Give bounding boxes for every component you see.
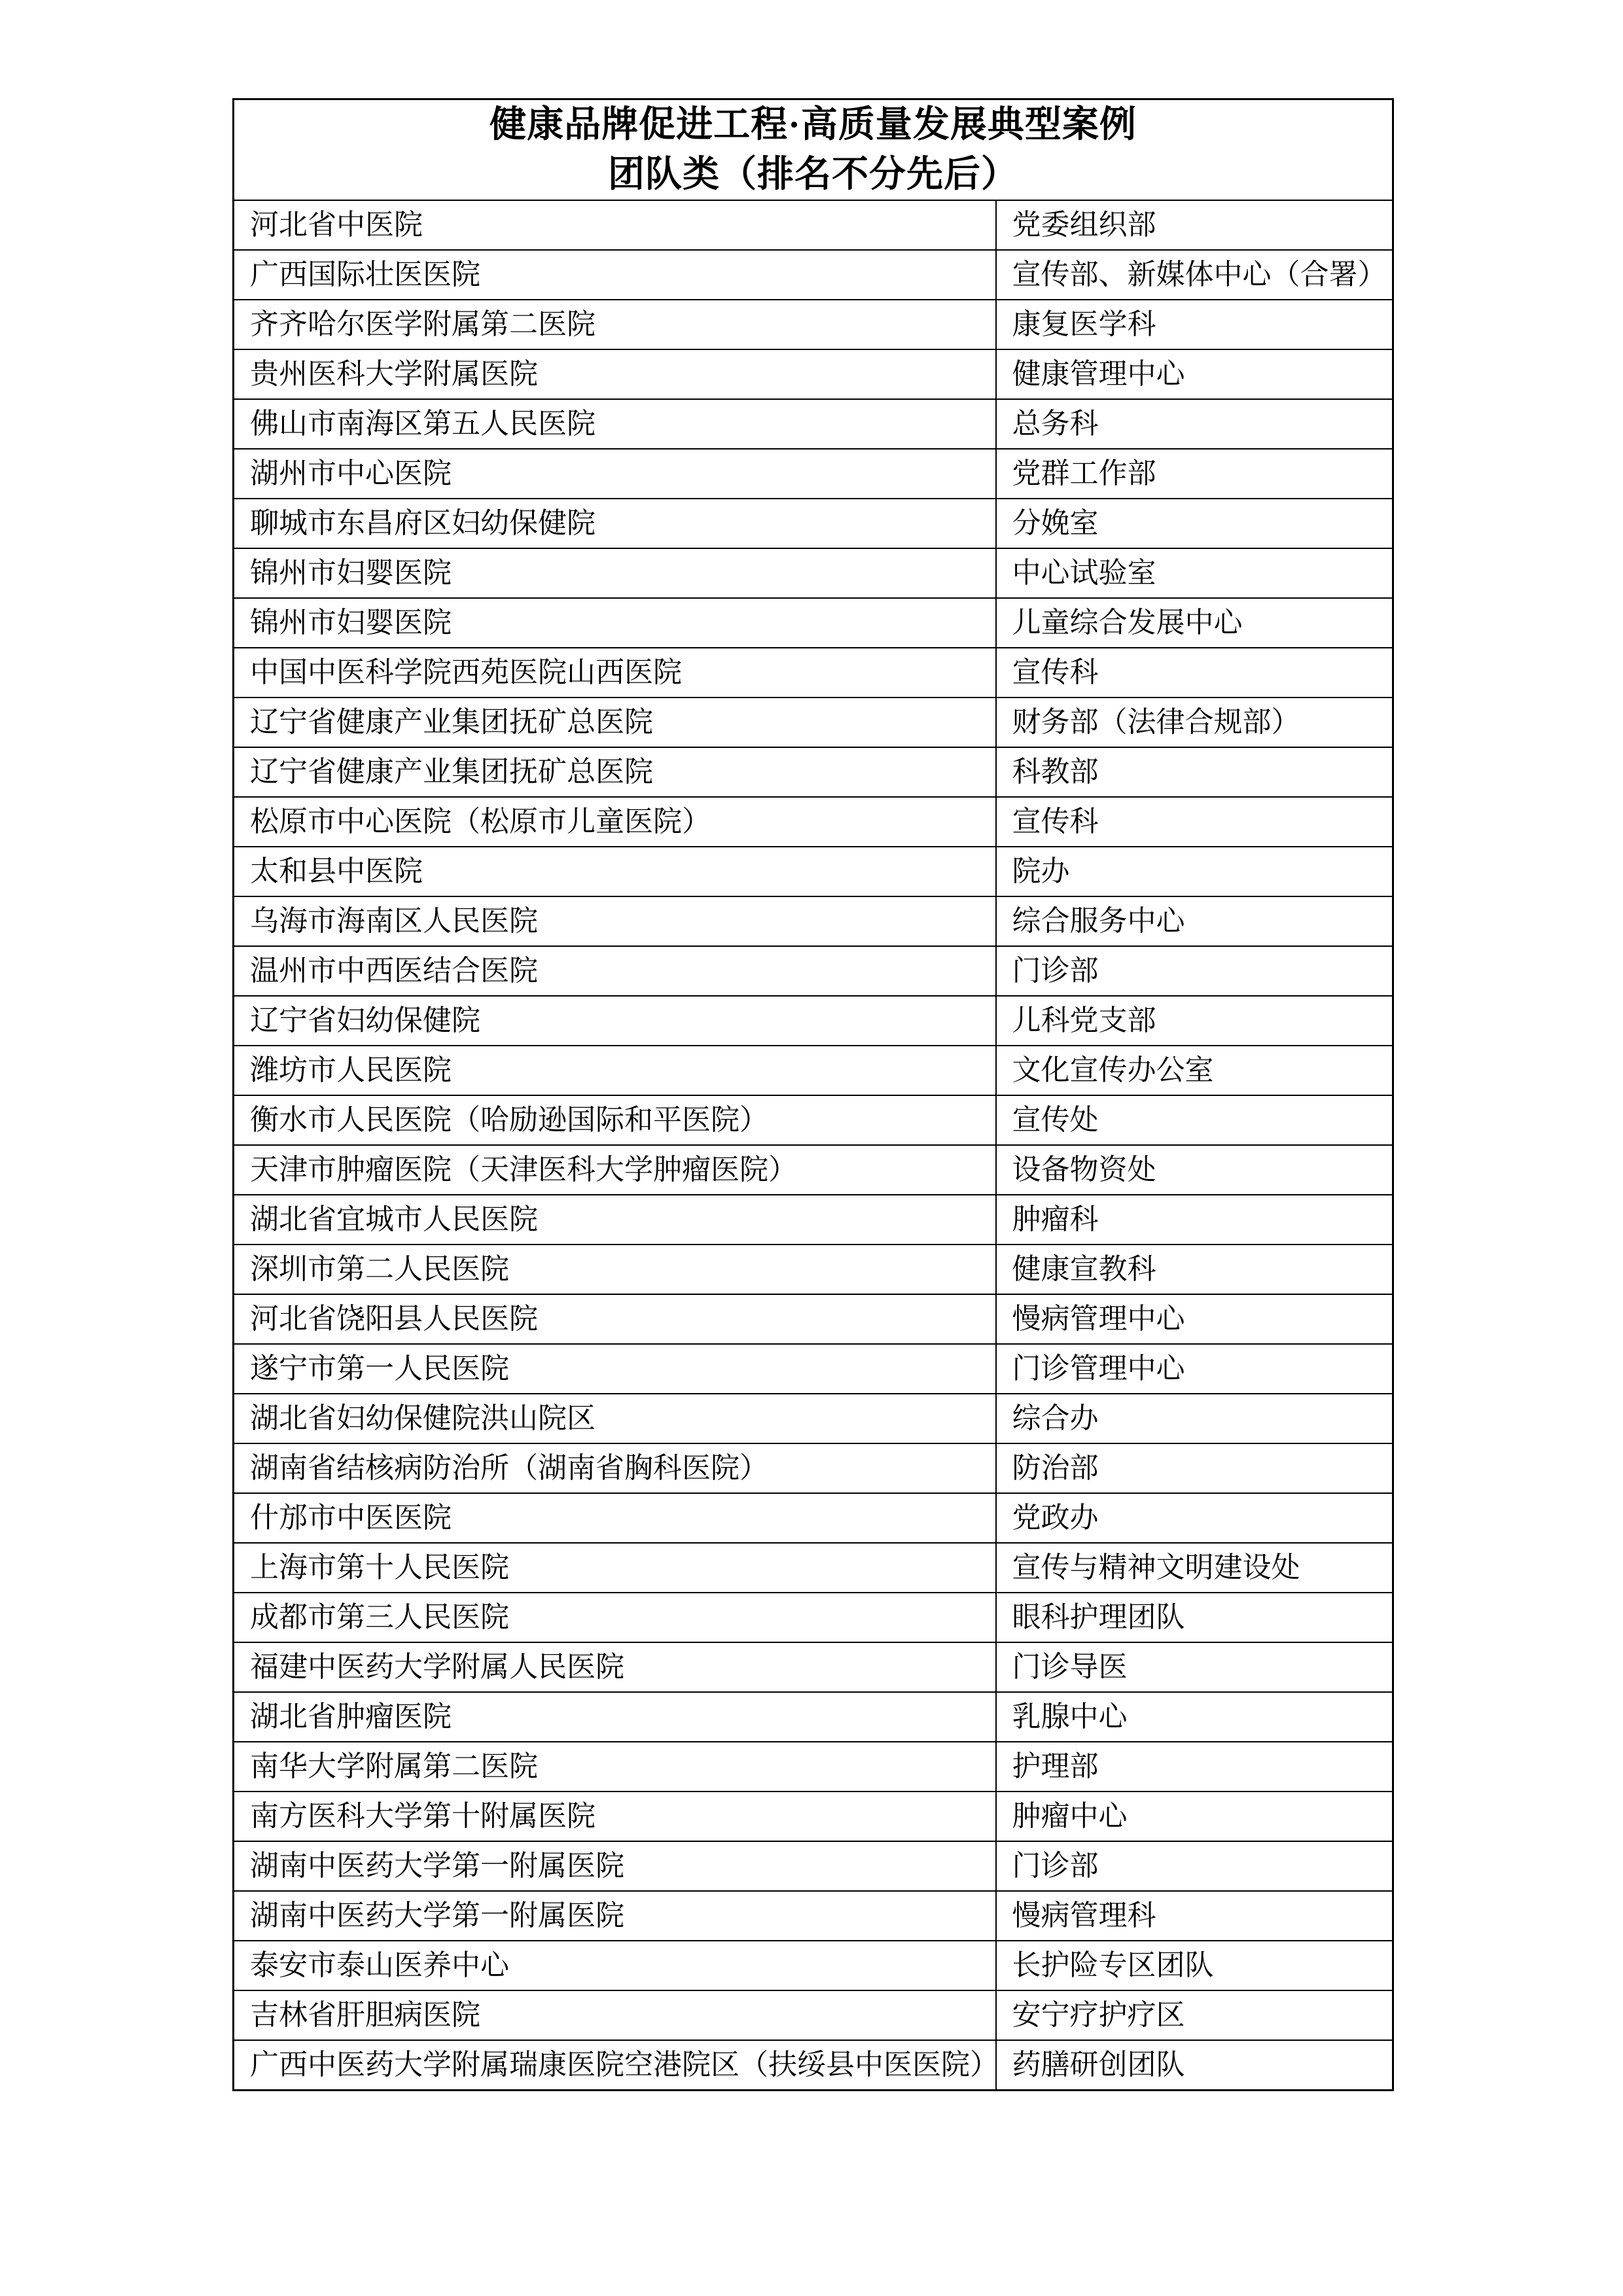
dept-cell: 科教部 bbox=[996, 747, 1393, 797]
dept-cell: 肿瘤科 bbox=[996, 1195, 1393, 1245]
org-cell: 辽宁省健康产业集团抚矿总医院 bbox=[234, 698, 996, 747]
table-title-line1: 健康品牌促进工程·高质量发展典型案例 bbox=[234, 100, 1392, 150]
table-row: 衡水市人民医院（哈励逊国际和平医院） 宣传处 bbox=[234, 1095, 1393, 1145]
org-cell: 湖州市中心医院 bbox=[234, 449, 996, 499]
dept-cell: 安宁疗护疗区 bbox=[996, 1990, 1393, 2040]
dept-cell: 药膳研创团队 bbox=[996, 2040, 1393, 2091]
table-row: 河北省饶阳县人民医院 慢病管理中心 bbox=[234, 1294, 1393, 1344]
table-row: 深圳市第二人民医院 健康宣教科 bbox=[234, 1245, 1393, 1294]
dept-cell: 宣传与精神文明建设处 bbox=[996, 1543, 1393, 1593]
dept-cell: 眼科护理团队 bbox=[996, 1593, 1393, 1642]
org-cell: 福建中医药大学附属人民医院 bbox=[234, 1642, 996, 1692]
org-cell: 温州市中西医结合医院 bbox=[234, 946, 996, 996]
org-cell: 潍坊市人民医院 bbox=[234, 1046, 996, 1095]
table-row: 湖北省肿瘤医院 乳腺中心 bbox=[234, 1692, 1393, 1742]
table-row: 潍坊市人民医院 文化宣传办公室 bbox=[234, 1046, 1393, 1095]
table-row: 湖南省结核病防治所（湖南省胸科医院） 防治部 bbox=[234, 1443, 1393, 1493]
dept-cell: 防治部 bbox=[996, 1443, 1393, 1493]
dept-cell: 慢病管理中心 bbox=[996, 1294, 1393, 1344]
table-row: 成都市第三人民医院 眼科护理团队 bbox=[234, 1593, 1393, 1642]
dept-cell: 宣传科 bbox=[996, 648, 1393, 698]
org-cell: 锦州市妇婴医院 bbox=[234, 548, 996, 598]
org-cell: 太和县中医院 bbox=[234, 847, 996, 896]
table-row: 南华大学附属第二医院 护理部 bbox=[234, 1742, 1393, 1792]
dept-cell: 财务部（法律合规部） bbox=[996, 698, 1393, 747]
table-row: 辽宁省妇幼保健院 儿科党支部 bbox=[234, 996, 1393, 1046]
org-cell: 佛山市南海区第五人民医院 bbox=[234, 399, 996, 449]
table-title-cell: 健康品牌促进工程·高质量发展典型案例 团队类（排名不分先后） bbox=[234, 99, 1393, 201]
dept-cell: 乳腺中心 bbox=[996, 1692, 1393, 1742]
dept-cell: 宣传处 bbox=[996, 1095, 1393, 1145]
org-cell: 深圳市第二人民医院 bbox=[234, 1245, 996, 1294]
org-cell: 成都市第三人民医院 bbox=[234, 1593, 996, 1642]
org-cell: 南华大学附属第二医院 bbox=[234, 1742, 996, 1792]
dept-cell: 中心试验室 bbox=[996, 548, 1393, 598]
table-row: 南方医科大学第十附属医院 肿瘤中心 bbox=[234, 1792, 1393, 1841]
org-cell: 乌海市海南区人民医院 bbox=[234, 896, 996, 946]
table-row: 佛山市南海区第五人民医院 总务科 bbox=[234, 399, 1393, 449]
table-row: 锦州市妇婴医院 中心试验室 bbox=[234, 548, 1393, 598]
org-cell: 齐齐哈尔医学附属第二医院 bbox=[234, 300, 996, 349]
table-row: 湖州市中心医院 党群工作部 bbox=[234, 449, 1393, 499]
org-cell: 天津市肿瘤医院（天津医科大学肿瘤医院） bbox=[234, 1145, 996, 1195]
org-cell: 湖北省宜城市人民医院 bbox=[234, 1195, 996, 1245]
table-row: 聊城市东昌府区妇幼保健院 分娩室 bbox=[234, 499, 1393, 548]
dept-cell: 院办 bbox=[996, 847, 1393, 896]
table-row: 太和县中医院 院办 bbox=[234, 847, 1393, 896]
award-table: 健康品牌促进工程·高质量发展典型案例 团队类（排名不分先后） 河北省中医院 党委… bbox=[232, 98, 1394, 2091]
org-cell: 锦州市妇婴医院 bbox=[234, 598, 996, 648]
dept-cell: 门诊管理中心 bbox=[996, 1344, 1393, 1394]
dept-cell: 党委组织部 bbox=[996, 200, 1393, 250]
table-row: 上海市第十人民医院 宣传与精神文明建设处 bbox=[234, 1543, 1393, 1593]
dept-cell: 门诊部 bbox=[996, 1841, 1393, 1891]
table-title-line2: 团队类（排名不分先后） bbox=[234, 150, 1392, 200]
org-cell: 河北省饶阳县人民医院 bbox=[234, 1294, 996, 1344]
table-row: 湖北省宜城市人民医院 肿瘤科 bbox=[234, 1195, 1393, 1245]
org-cell: 湖北省妇幼保健院洪山院区 bbox=[234, 1394, 996, 1443]
table-row: 广西中医药大学附属瑞康医院空港院区（扶绥县中医医院） 药膳研创团队 bbox=[234, 2040, 1393, 2091]
org-cell: 湖南中医药大学第一附属医院 bbox=[234, 1891, 996, 1941]
table-row: 齐齐哈尔医学附属第二医院 康复医学科 bbox=[234, 300, 1393, 349]
org-cell: 湖南中医药大学第一附属医院 bbox=[234, 1841, 996, 1891]
dept-cell: 宣传部、新媒体中心（合署） bbox=[996, 250, 1393, 300]
dept-cell: 总务科 bbox=[996, 399, 1393, 449]
table-row: 湖北省妇幼保健院洪山院区 综合办 bbox=[234, 1394, 1393, 1443]
table-row: 松原市中心医院（松原市儿童医院） 宣传科 bbox=[234, 797, 1393, 847]
table-row: 贵州医科大学附属医院 健康管理中心 bbox=[234, 349, 1393, 399]
table-row: 乌海市海南区人民医院 综合服务中心 bbox=[234, 896, 1393, 946]
dept-cell: 儿童综合发展中心 bbox=[996, 598, 1393, 648]
dept-cell: 党群工作部 bbox=[996, 449, 1393, 499]
dept-cell: 康复医学科 bbox=[996, 300, 1393, 349]
table-row: 泰安市泰山医养中心 长护险专区团队 bbox=[234, 1941, 1393, 1990]
dept-cell: 党政办 bbox=[996, 1493, 1393, 1543]
org-cell: 湖北省肿瘤医院 bbox=[234, 1692, 996, 1742]
org-cell: 湖南省结核病防治所（湖南省胸科医院） bbox=[234, 1443, 996, 1493]
org-cell: 衡水市人民医院（哈励逊国际和平医院） bbox=[234, 1095, 996, 1145]
org-cell: 广西国际壮医医院 bbox=[234, 250, 996, 300]
document-page: 健康品牌促进工程·高质量发展典型案例 团队类（排名不分先后） 河北省中医院 党委… bbox=[0, 0, 1623, 2296]
org-cell: 聊城市东昌府区妇幼保健院 bbox=[234, 499, 996, 548]
org-cell: 吉林省肝胆病医院 bbox=[234, 1990, 996, 2040]
dept-cell: 肿瘤中心 bbox=[996, 1792, 1393, 1841]
dept-cell: 门诊部 bbox=[996, 946, 1393, 996]
table-row: 广西国际壮医医院 宣传部、新媒体中心（合署） bbox=[234, 250, 1393, 300]
dept-cell: 综合服务中心 bbox=[996, 896, 1393, 946]
org-cell: 上海市第十人民医院 bbox=[234, 1543, 996, 1593]
table-row: 辽宁省健康产业集团抚矿总医院 财务部（法律合规部） bbox=[234, 698, 1393, 747]
dept-cell: 综合办 bbox=[996, 1394, 1393, 1443]
org-cell: 辽宁省健康产业集团抚矿总医院 bbox=[234, 747, 996, 797]
dept-cell: 慢病管理科 bbox=[996, 1891, 1393, 1941]
dept-cell: 宣传科 bbox=[996, 797, 1393, 847]
org-cell: 广西中医药大学附属瑞康医院空港院区（扶绥县中医医院） bbox=[234, 2040, 996, 2091]
dept-cell: 文化宣传办公室 bbox=[996, 1046, 1393, 1095]
org-cell: 河北省中医院 bbox=[234, 200, 996, 250]
dept-cell: 分娩室 bbox=[996, 499, 1393, 548]
table-row: 遂宁市第一人民医院 门诊管理中心 bbox=[234, 1344, 1393, 1394]
org-cell: 辽宁省妇幼保健院 bbox=[234, 996, 996, 1046]
table-row: 湖南中医药大学第一附属医院 慢病管理科 bbox=[234, 1891, 1393, 1941]
table-row: 天津市肿瘤医院（天津医科大学肿瘤医院） 设备物资处 bbox=[234, 1145, 1393, 1195]
table-row: 吉林省肝胆病医院 安宁疗护疗区 bbox=[234, 1990, 1393, 2040]
dept-cell: 健康管理中心 bbox=[996, 349, 1393, 399]
table-body: 河北省中医院 党委组织部 广西国际壮医医院 宣传部、新媒体中心（合署） 齐齐哈尔… bbox=[234, 200, 1393, 2091]
table-title-row: 健康品牌促进工程·高质量发展典型案例 团队类（排名不分先后） bbox=[234, 99, 1393, 201]
dept-cell: 护理部 bbox=[996, 1742, 1393, 1792]
table-row: 福建中医药大学附属人民医院 门诊导医 bbox=[234, 1642, 1393, 1692]
table-row: 什邡市中医医院 党政办 bbox=[234, 1493, 1393, 1543]
table-row: 温州市中西医结合医院 门诊部 bbox=[234, 946, 1393, 996]
org-cell: 中国中医科学院西苑医院山西医院 bbox=[234, 648, 996, 698]
dept-cell: 儿科党支部 bbox=[996, 996, 1393, 1046]
dept-cell: 门诊导医 bbox=[996, 1642, 1393, 1692]
org-cell: 贵州医科大学附属医院 bbox=[234, 349, 996, 399]
table-row: 锦州市妇婴医院 儿童综合发展中心 bbox=[234, 598, 1393, 648]
table-row: 中国中医科学院西苑医院山西医院 宣传科 bbox=[234, 648, 1393, 698]
org-cell: 泰安市泰山医养中心 bbox=[234, 1941, 996, 1990]
org-cell: 遂宁市第一人民医院 bbox=[234, 1344, 996, 1394]
dept-cell: 设备物资处 bbox=[996, 1145, 1393, 1195]
dept-cell: 长护险专区团队 bbox=[996, 1941, 1393, 1990]
org-cell: 松原市中心医院（松原市儿童医院） bbox=[234, 797, 996, 847]
table-row: 湖南中医药大学第一附属医院 门诊部 bbox=[234, 1841, 1393, 1891]
org-cell: 南方医科大学第十附属医院 bbox=[234, 1792, 996, 1841]
table-row: 辽宁省健康产业集团抚矿总医院 科教部 bbox=[234, 747, 1393, 797]
dept-cell: 健康宣教科 bbox=[996, 1245, 1393, 1294]
table-row: 河北省中医院 党委组织部 bbox=[234, 200, 1393, 250]
org-cell: 什邡市中医医院 bbox=[234, 1493, 996, 1543]
